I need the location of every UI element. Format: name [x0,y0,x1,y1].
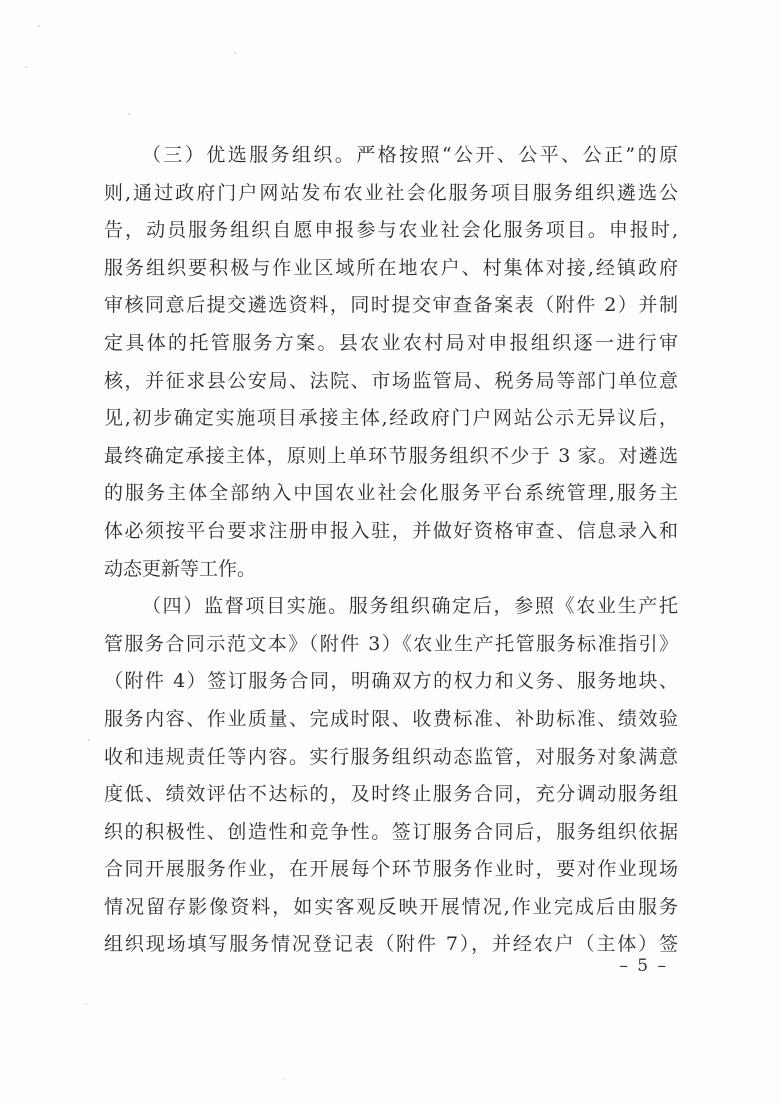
document-line: 体必须按平台要求注册申报入驻，并做好资格审查、信息录入和 [104,513,678,551]
scan-speck [284,1077,285,1080]
document-line: 合同开展服务作业，在开展每个环节服务作业时，要对作业现场 [104,851,678,889]
document-line: （三）优选服务组织。严格按照“公开、公平、公正”的原 [104,137,678,175]
document-line: 组织现场填写服务情况登记表（附件 7），并经农户（主体）签 [104,926,678,964]
document-line: 服务内容、作业质量、完成时限、收费标准、补助标准、绩效验 [104,701,678,739]
document-line: 织的积极性、创造性和竞争性。签订服务合同后，服务组织依据 [104,814,678,852]
document-line: 收和违规责任等内容。实行服务组织动态监管，对服务对象满意 [104,739,678,777]
document-line: 最终确定承接主体，原则上单环节服务组织不少于 3 家。对遴选 [104,438,678,476]
document-line: 核，并征求县公安局、法院、市场监管局、税务局等部门单位意 [104,363,678,401]
scan-speck [25,66,27,68]
page-number: – 5 – [619,956,668,976]
document-line: （附件 4）签订服务合同，明确双方的权力和义务、服务地块、 [104,663,678,701]
document-line: 度低、绩效评估不达标的，及时终止服务合同，充分调动服务组 [104,776,678,814]
document-line: （四）监督项目实施。服务组织确定后，参照《农业生产托 [104,588,678,626]
document-line: 服务组织要积极与作业区域所在地农户、村集体对接,经镇政府 [104,250,678,288]
document-line: 动态更新等工作。 [104,551,678,589]
document-line: 的服务主体全部纳入中国农业社会化服务平台系统管理,服务主 [104,475,678,513]
scan-speck [85,1003,87,1005]
document-line: 见,初步确定实施项目承接主体,经政府门户网站公示无异议后， [104,400,678,438]
document-line: 告，动员服务组织自愿申报参与农业社会化服务项目。申报时, [104,212,678,250]
document-line: 审核同意后提交遴选资料，同时提交审查备案表（附件 2）并制 [104,287,678,325]
document-body: （三）优选服务组织。严格按照“公开、公平、公正”的原则,通过政府门户网站发布农业… [104,137,678,964]
document-line: 管服务合同示范文本》（附件 3）《农业生产托管服务标准指引》 [104,626,678,664]
document-line: 则,通过政府门户网站发布农业社会化服务项目服务组织遴选公 [104,175,678,213]
document-line: 定具体的托管服务方案。县农业农村局对申报组织逐一进行审 [104,325,678,363]
scan-speck [38,25,40,27]
scan-speck [234,52,236,54]
document-line: 情况留存影像资料，如实客观反映开展情况,作业完成后由服务 [104,889,678,927]
document-page: （三）优选服务组织。严格按照“公开、公平、公正”的原则,通过政府门户网站发布农业… [0,0,780,1103]
scan-speck [88,739,90,741]
scan-speck [128,113,130,115]
